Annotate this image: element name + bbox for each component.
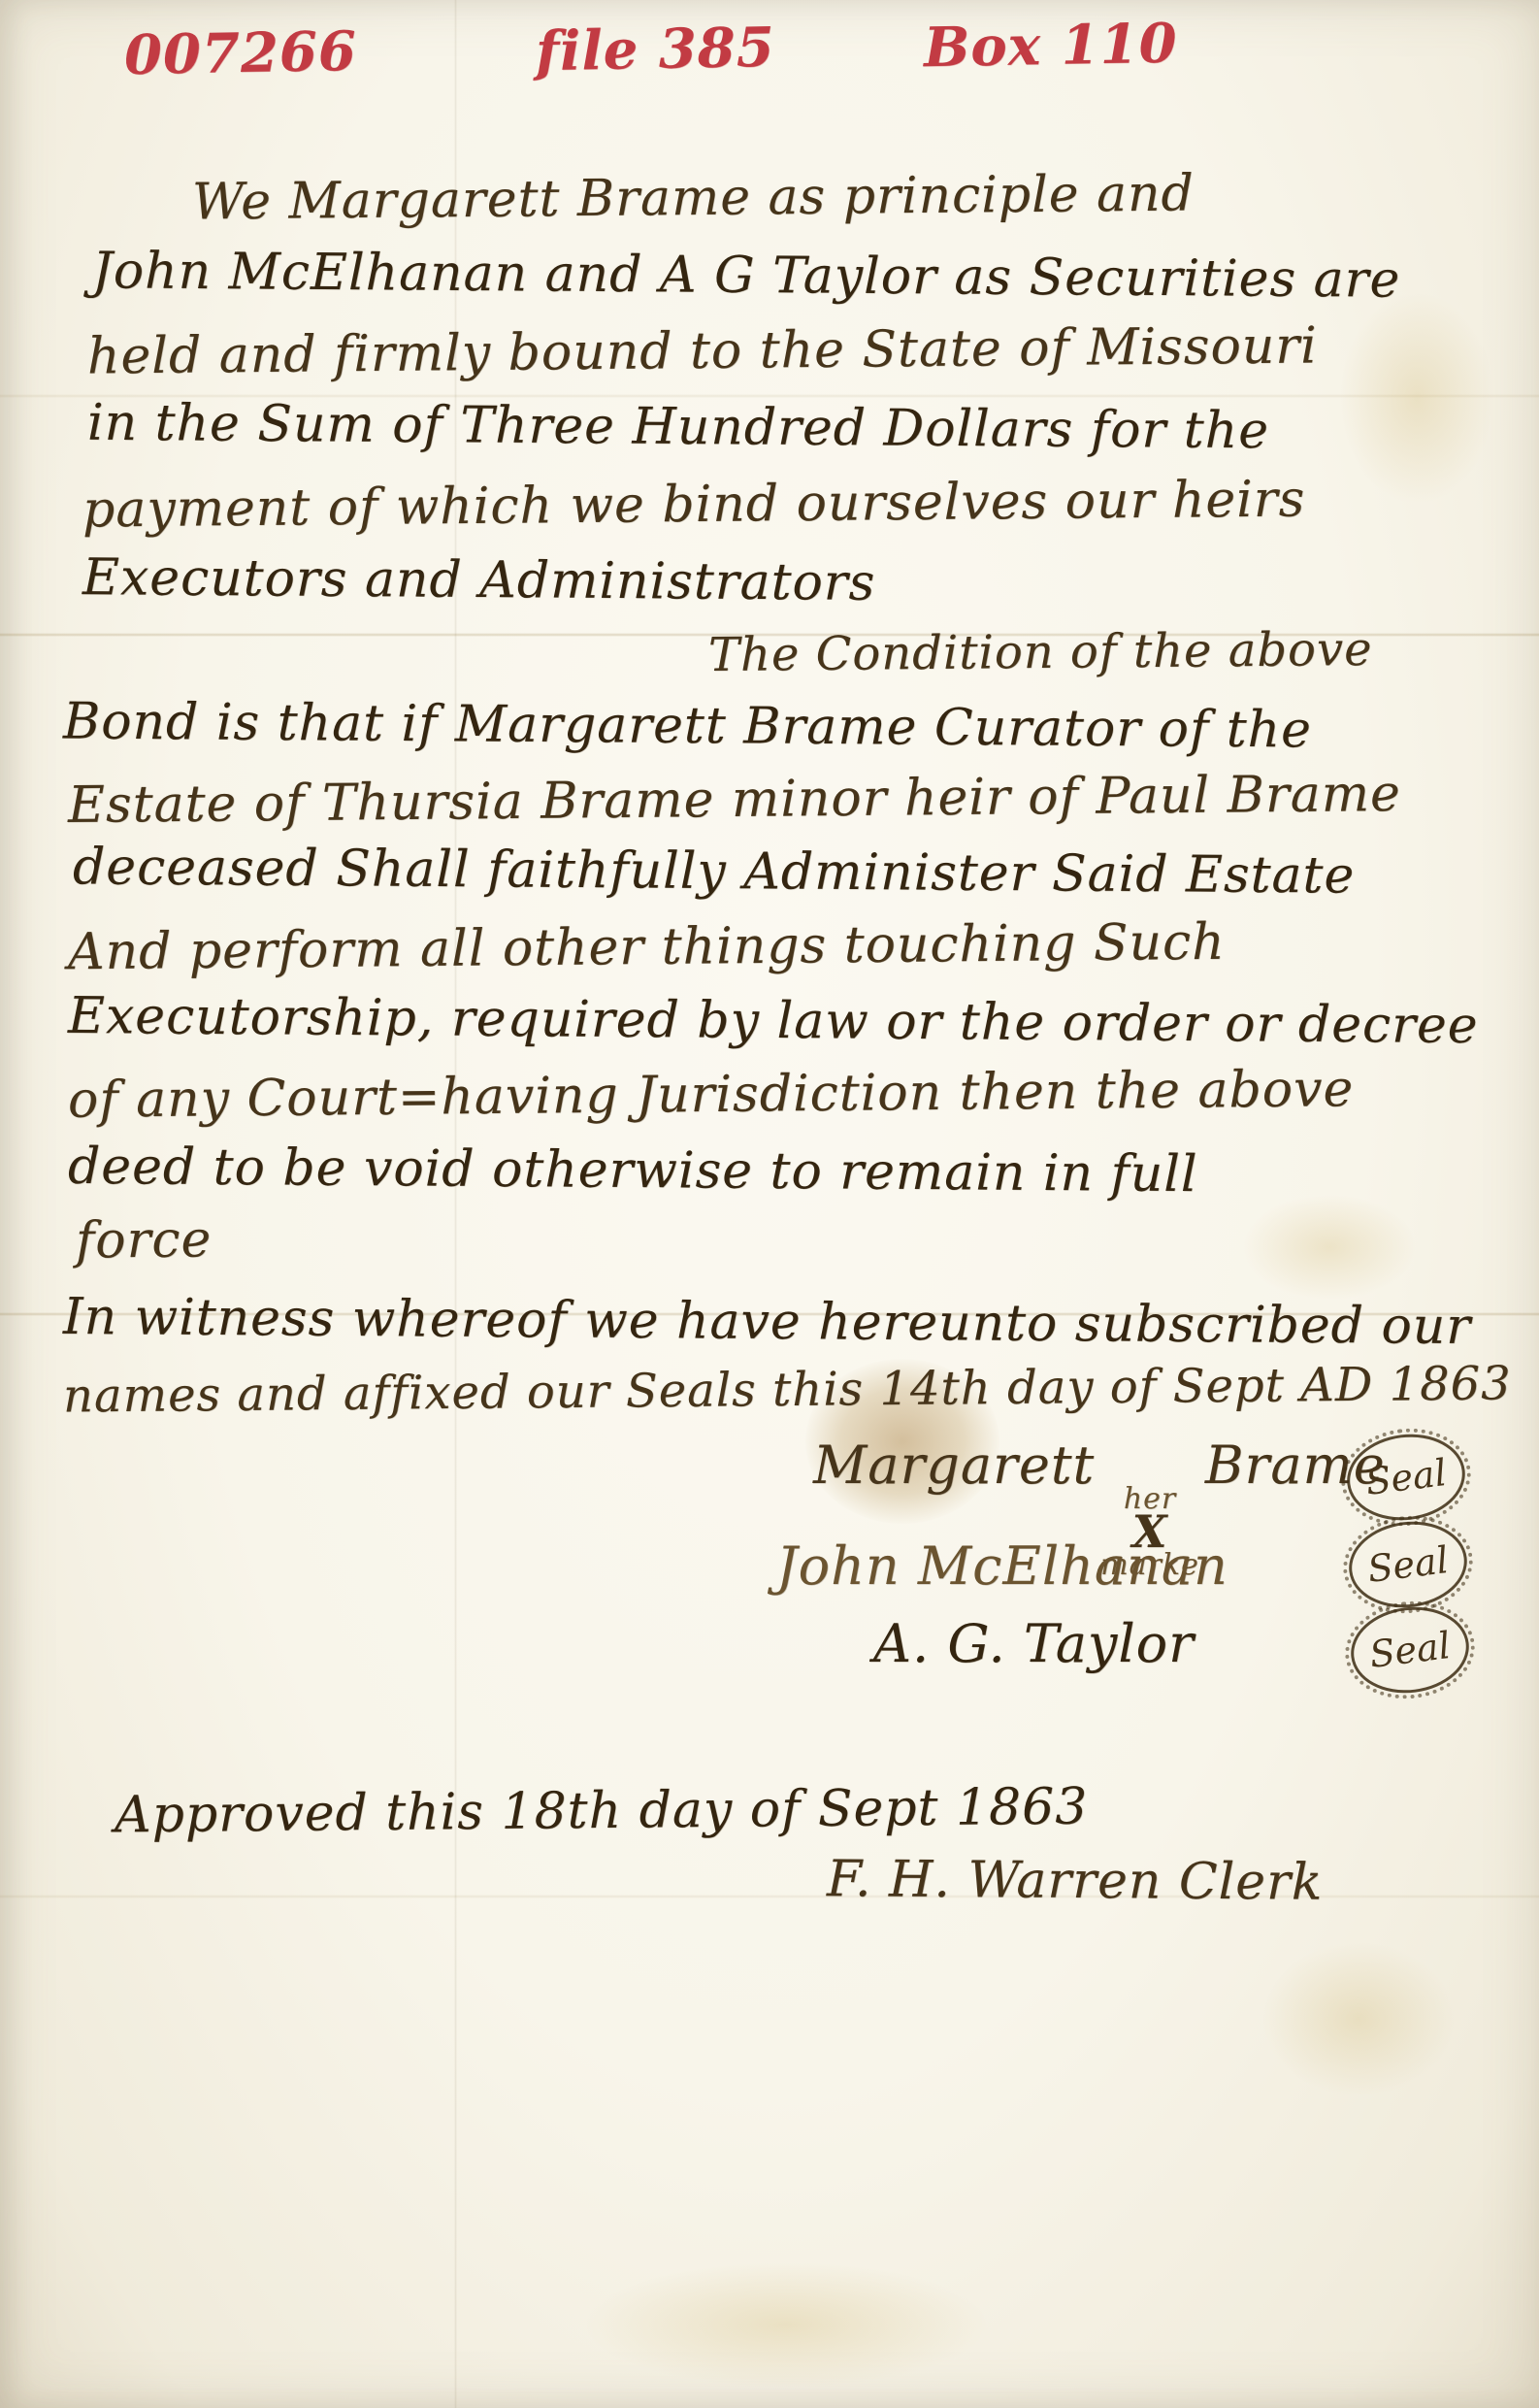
handwritten-line: payment of which we bind ourselves our h… [82, 475, 1306, 536]
seal-label: Seal [1365, 1538, 1451, 1591]
scanned-document-page: 007266 file 385 Box 110 We Margarett Bra… [0, 0, 1539, 2408]
seal-label: Seal [1367, 1624, 1453, 1676]
handwritten-line: In witness whereof we have hereunto subs… [63, 1292, 1471, 1352]
handwritten-line: Estate of Thursia Brame minor heir of Pa… [68, 769, 1401, 831]
handwritten-line: of any Court=having Jurisdiction then th… [68, 1064, 1355, 1126]
handwritten-line: Bond is that if Margarett Brame Curator … [63, 697, 1312, 756]
handwritten-line: Executorship, required by law or the ord… [68, 991, 1479, 1051]
red-annotation-box-number: Box 110 [923, 12, 1178, 81]
handwritten-line: in the Sum of Three Hundred Dollars for … [87, 398, 1269, 457]
signature-name: A. G. Taylor [873, 1613, 1195, 1674]
signature-name: John McElhanan [776, 1535, 1228, 1597]
handwritten-line: And perform all other things touching Su… [68, 917, 1226, 977]
signature-name-part: Margarett [813, 1435, 1095, 1496]
signature-ag-taylor: A. G. Taylor [873, 1613, 1195, 1674]
paper-stain [1339, 291, 1494, 505]
handwritten-line: names and affixed our Seals this 14th da… [63, 1360, 1512, 1419]
seal-stamp: Seal [1346, 1600, 1474, 1699]
handwritten-line: deceased Shall faithfully Administer Sai… [73, 841, 1356, 901]
signature-john-mcelhanan: John McElhanan [776, 1535, 1228, 1597]
handwritten-line: held and firmly bound to the State of Mi… [87, 320, 1318, 381]
handwritten-line: Executors and Administrators [82, 552, 876, 609]
handwritten-line: We Margarett Brame as principle and [192, 168, 1195, 227]
paper-stain [582, 2261, 990, 2388]
paper-stain [1242, 1194, 1417, 1301]
handwritten-line: John McElhanan and A G Taylor as Securit… [92, 246, 1401, 305]
handwritten-line: force [76, 1214, 213, 1266]
handwritten-line: deed to be void otherwise to remain in f… [68, 1141, 1198, 1200]
handwritten-line: The Condition of the above [708, 626, 1373, 678]
clerk-signature: F. H. Warren Clerk [827, 1854, 1324, 1908]
red-annotation-file-number: file 385 [535, 16, 775, 83]
red-annotation-doc-number: 007266 [123, 19, 357, 87]
seal-label: Seal [1363, 1451, 1449, 1503]
approval-line: Approved this 18th day of Sept 1863 [115, 1782, 1089, 1841]
paper-stain [1261, 1941, 1456, 2096]
